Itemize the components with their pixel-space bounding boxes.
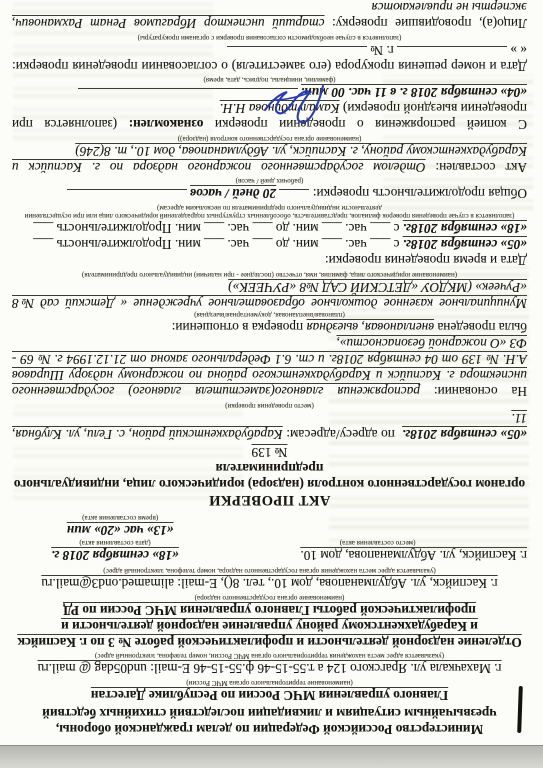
datetime-2-date: «18» сентября 2018г.	[403, 222, 527, 237]
prosecutor-line: Дата и номер решения прокурора (его заме…	[12, 42, 527, 74]
gu-name-caption: (наименование территориального органа МЧ…	[12, 679, 527, 688]
duration-value: 20 дней / часов	[190, 187, 276, 202]
conducted-suffix: проверка в отношении:	[172, 321, 303, 336]
conducted-line: была проведена внеплановая, выездная про…	[12, 320, 527, 336]
check-date: «05» сентября 2018г.	[402, 427, 527, 442]
act-subtitle: органом государственного контроля (надзо…	[12, 460, 527, 492]
copy-datetime: «04» сентября 2018 г. в 11 час. 00 мин.	[301, 86, 527, 101]
scanned-document: Министерство Российской Федерации по дел…	[0, 0, 543, 768]
conducted-caption: (плановая/внеплановая, документарная/вые…	[12, 311, 527, 320]
organization-caption: (наименование юридического лица, фамилия…	[12, 271, 527, 280]
inspector-label: Лицо(а), проводившие проверку:	[332, 17, 527, 32]
copy-label: С копией распоряжения о проведении прове…	[215, 118, 527, 133]
ministry-header: Министерство Российской Федерации по дел…	[12, 705, 527, 737]
act-date-caption: (дата составления акта)	[12, 539, 218, 548]
duration-caption: (рабочих дней / часов)	[12, 177, 527, 186]
ond-name: Отделение надзорной деятельности и профи…	[12, 602, 527, 650]
act-number: № 139	[12, 444, 527, 460]
copy-name: Камалутдинова Н.Н.	[220, 102, 340, 117]
ond-address: г. Каспийск, ул. Абдулманапова, дом 10.,…	[12, 576, 527, 592]
conducted-type: внеплановая, выездная	[306, 321, 434, 336]
datetime-caption: (заполняется в случае проведения проверо…	[12, 204, 527, 221]
ond-name-caption: (наименование органа государственного на…	[12, 594, 527, 603]
check-address-label: по адресу/адресам:	[286, 427, 395, 442]
act-time-caption: (время составления акта)	[12, 514, 228, 523]
scanner-background	[0, 745, 543, 768]
drafted-label: Акт составлен:	[435, 160, 527, 175]
drafted-caption: (наименование органа государственного ко…	[12, 135, 527, 144]
prosecutor-quotes: « »	[510, 43, 527, 58]
check-address-caption: (место проведения проверки)	[12, 402, 527, 411]
drafted-line: Акт составлен: Отделом государственного …	[12, 143, 527, 175]
act-date: «18» сентября 2018 г.	[12, 547, 218, 563]
datetime-line-2: «18» сентября 2018г. с ___ час. ___ мин.…	[12, 221, 527, 237]
organization-name: Муниципальное казенное дошкольное образо…	[12, 279, 527, 311]
basis-label: На основании:	[434, 385, 527, 400]
act-title: АКТ ПРОВЕРКИ	[12, 492, 527, 508]
datetime-1-date: «05» сентября 2018г.	[403, 238, 527, 253]
ond-address-caption: (указывается адрес места нахождения орга…	[12, 567, 527, 576]
basis-line: На основании: распоряжения главного(заме…	[12, 336, 527, 400]
act-time: «13» час «20» мин	[12, 523, 228, 539]
copy-acknowledged-line: С копией распоряжения о проведении прове…	[12, 101, 527, 133]
copy-caption: (фамилии, инициалы, подпись, дата, время…	[12, 76, 527, 85]
copy-datetime-line: «04» сентября 2018 г. в 11 час. 00 мин.	[12, 85, 527, 101]
copy-label-bold: ознакомлен:	[129, 118, 204, 133]
gu-address: г. Махачкала ул. Ярагского 124 а т.55-15…	[12, 661, 527, 677]
act-page-upside-down: Министерство Российской Федерации по дел…	[0, 0, 543, 745]
duration-line: Общая продолжительность проверки: 20 дне…	[12, 186, 527, 202]
check-address-line: «05» сентября 2018г. по адресу/адресам: …	[12, 410, 527, 442]
datetime-label: Дата и время проведения проверки:	[12, 253, 527, 269]
prosecutor-suffix: г. №	[370, 43, 393, 58]
gu-name: Главного управления МЧС России по Респуб…	[12, 687, 527, 703]
gu-address-caption: (указывается адрес места нахождения терр…	[12, 652, 527, 661]
datetime-1-rest: с ___ час. ___ мин. до ___ час. ___ мин.…	[33, 238, 399, 253]
conducted-prefix: была проведена	[437, 321, 527, 336]
datetime-2-rest: с ___ час. ___ мин. до ___ час. ___ мин.…	[33, 222, 399, 237]
act-place-caption: (место составления акта)	[228, 539, 527, 548]
inspector-line: Лицо(а), проводившие проверку: старший и…	[12, 0, 527, 32]
act-place: г. Каспийск, ул. Абдулманапова, дом 10.	[228, 547, 527, 563]
prosecutor-caption: (заполняется в случае необходимости согл…	[12, 34, 527, 43]
prosecutor-label: Дата и номер решения прокурора (его заме…	[12, 59, 527, 74]
duration-label: Общая продолжительность проверки:	[313, 187, 527, 202]
datetime-line-1: «05» сентября 2018г. с ___ час. ___ мин.…	[12, 237, 527, 253]
